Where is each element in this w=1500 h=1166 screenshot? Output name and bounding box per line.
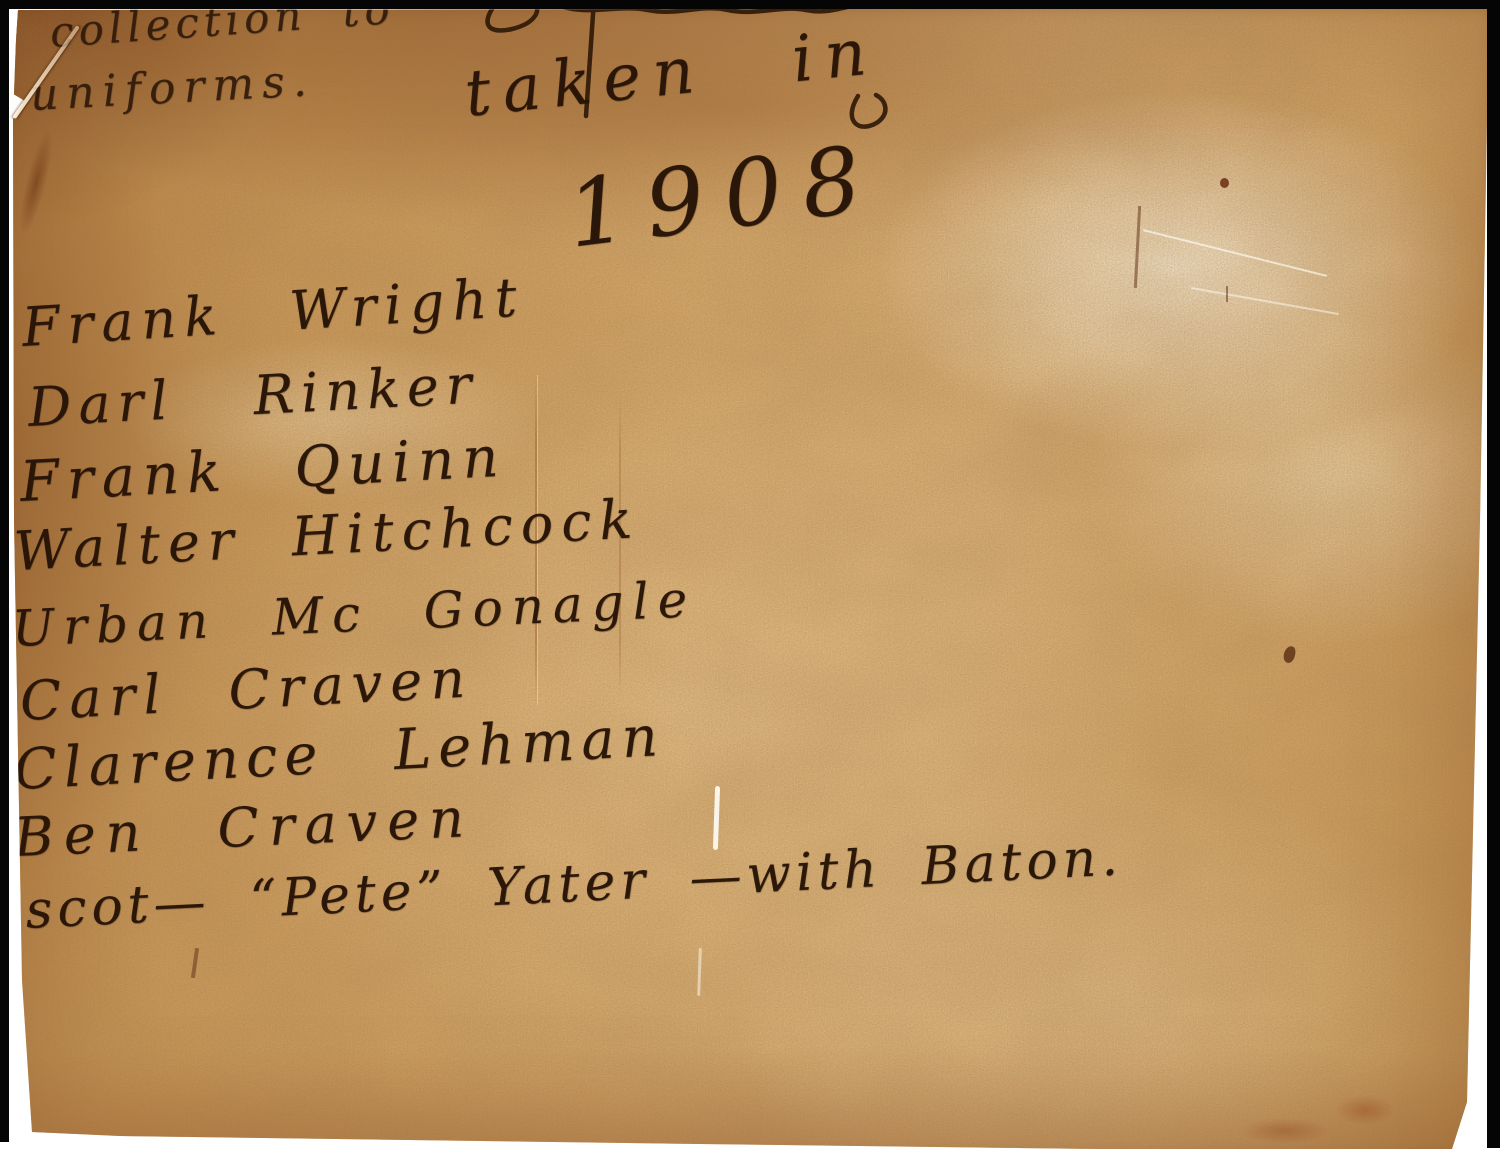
ink-stain-spot: [1282, 645, 1297, 664]
surface-scratch: [697, 948, 702, 996]
pencil-tick-mark: [191, 948, 199, 978]
surface-scratch: [713, 786, 720, 850]
dark-smudge-streak: [13, 127, 59, 239]
paper-fiber-mark: [1226, 286, 1228, 302]
scan-edge-left: [0, 0, 9, 1142]
foxing-stain: [1335, 1095, 1395, 1125]
scan-edge-right: [1487, 0, 1500, 1148]
caption-taken-in: taken in: [461, 15, 881, 132]
foxing-stain: [1240, 1118, 1330, 1144]
scan-edge-top: [0, 0, 1500, 9]
note-uniforms: uniforms.: [29, 55, 316, 121]
scanned-photo-back: collection to uniforms. taken in 1908 Fr…: [0, 0, 1500, 1166]
ink-stain-spot: [1220, 178, 1229, 188]
surface-scratch: [1191, 287, 1339, 315]
name-urban-mcgonagle: Urban Mc Gonagle: [11, 570, 698, 658]
paper-fiber-mark: [1134, 206, 1141, 288]
name-darl-rinker: Darl Rinker: [26, 352, 480, 439]
caption-year: 1908: [561, 124, 886, 268]
name-frank-wright: Frank Wright: [20, 265, 526, 359]
surface-scratch: [1143, 229, 1328, 277]
photo-card-back: collection to uniforms. taken in 1908 Fr…: [0, 0, 1500, 1166]
